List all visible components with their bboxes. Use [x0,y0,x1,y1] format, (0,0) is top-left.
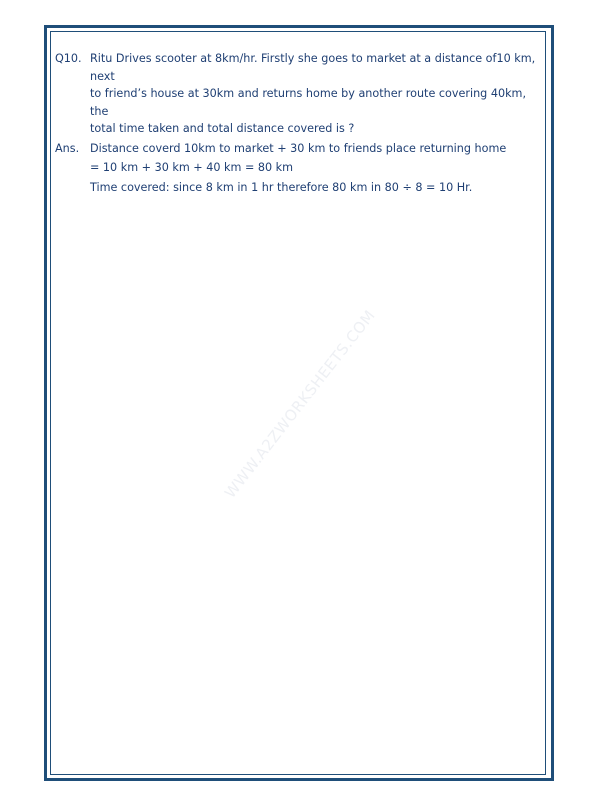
question-block: Q10. Ritu Drives scooter at 8km/hr. Firs… [55,50,545,138]
answer-block: Ans. Distance coverd 10km to market + 30… [55,140,545,158]
question-label: Q10. [55,50,90,138]
answer-line: = 10 km + 30 km + 40 km = 80 km [55,159,545,177]
answer-line: Distance coverd 10km to market + 30 km t… [90,140,545,158]
answer-label: Ans. [55,140,90,158]
answer-line: Time covered: since 8 km in 1 hr therefo… [55,179,545,197]
question-text: Ritu Drives scooter at 8km/hr. Firstly s… [90,50,545,138]
question-line: total time taken and total distance cove… [90,120,545,138]
question-line: Ritu Drives scooter at 8km/hr. Firstly s… [90,50,545,85]
question-line: to friend’s house at 30km and returns ho… [90,85,545,120]
worksheet-content: Q10. Ritu Drives scooter at 8km/hr. Firs… [55,50,545,196]
